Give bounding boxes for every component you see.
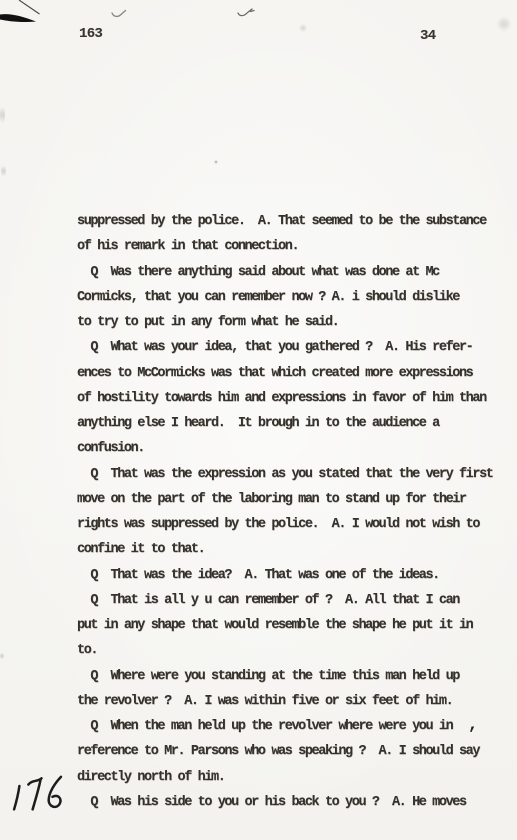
transcript-line: ences to McCormicks was that which creat… xyxy=(77,361,507,386)
transcript-line: put in any shape that would resemble the… xyxy=(77,613,507,638)
transcript-line: anything else I heard. It brough in to t… xyxy=(77,411,507,436)
page-number-left: 163 xyxy=(79,27,102,41)
handwritten-page-number: 176 xyxy=(5,774,73,819)
transcript-line: move on the part of the laboring man to … xyxy=(77,487,507,512)
transcript-line: Q Where were you standing at the time th… xyxy=(77,664,507,689)
transcript-line: of his remark in that connection. xyxy=(77,234,507,259)
transcript-line: to. xyxy=(77,638,507,663)
transcript-line: to try to put in any form what he said. xyxy=(77,310,507,335)
paper-speck xyxy=(0,104,5,126)
paper-speck xyxy=(299,24,307,32)
transcript-line: Q That was the idea? A. That was one of … xyxy=(77,563,507,588)
transcript-line: confusion. xyxy=(77,436,507,461)
ink-smudge-top-left xyxy=(0,0,60,30)
paper-speck xyxy=(214,160,218,164)
transcript-line: Q Was his side to you or his back to you… xyxy=(77,790,507,815)
transcript-line: Q Was there anything said about what was… xyxy=(77,260,507,285)
pen-squiggle-left xyxy=(111,7,131,21)
transcript-line: directly north of him. xyxy=(77,765,507,790)
scanned-transcript-page: 163 34 suppressed by the police. A. That… xyxy=(0,0,517,840)
transcript-line: Cormicks, that you can remember now ? A.… xyxy=(77,285,507,310)
transcript-line: of hostility towards him and expressions… xyxy=(77,386,507,411)
transcript-line: Q That was the expression as you stated … xyxy=(77,462,507,487)
transcript-line: Q That is all y u can remember of ? A. A… xyxy=(77,588,507,613)
transcript-line: the revolver ? A. I was within five or s… xyxy=(77,689,507,714)
stray-ink-mark: , xyxy=(468,717,478,734)
paper-speck xyxy=(1,164,6,178)
transcript-line: rights was suppressed by the police. A. … xyxy=(77,512,507,537)
paper-speck xyxy=(0,652,4,660)
transcript-line: Q When the man held up the revolver wher… xyxy=(77,714,507,739)
handwritten-176-strokes xyxy=(5,774,73,819)
transcript-line: reference to Mr. Parsons who was speakin… xyxy=(77,739,507,764)
transcript-line: suppressed by the police. A. That seemed… xyxy=(77,209,507,234)
transcript-line: confine it to that. xyxy=(77,537,507,562)
paper-speck xyxy=(497,16,511,32)
transcript-line: Q What was your idea, that you gathered … xyxy=(77,335,507,360)
transcript-text: suppressed by the police. A. That seemed… xyxy=(77,209,507,815)
page-number-right: 34 xyxy=(420,29,435,43)
pen-squiggle-right xyxy=(237,6,257,19)
